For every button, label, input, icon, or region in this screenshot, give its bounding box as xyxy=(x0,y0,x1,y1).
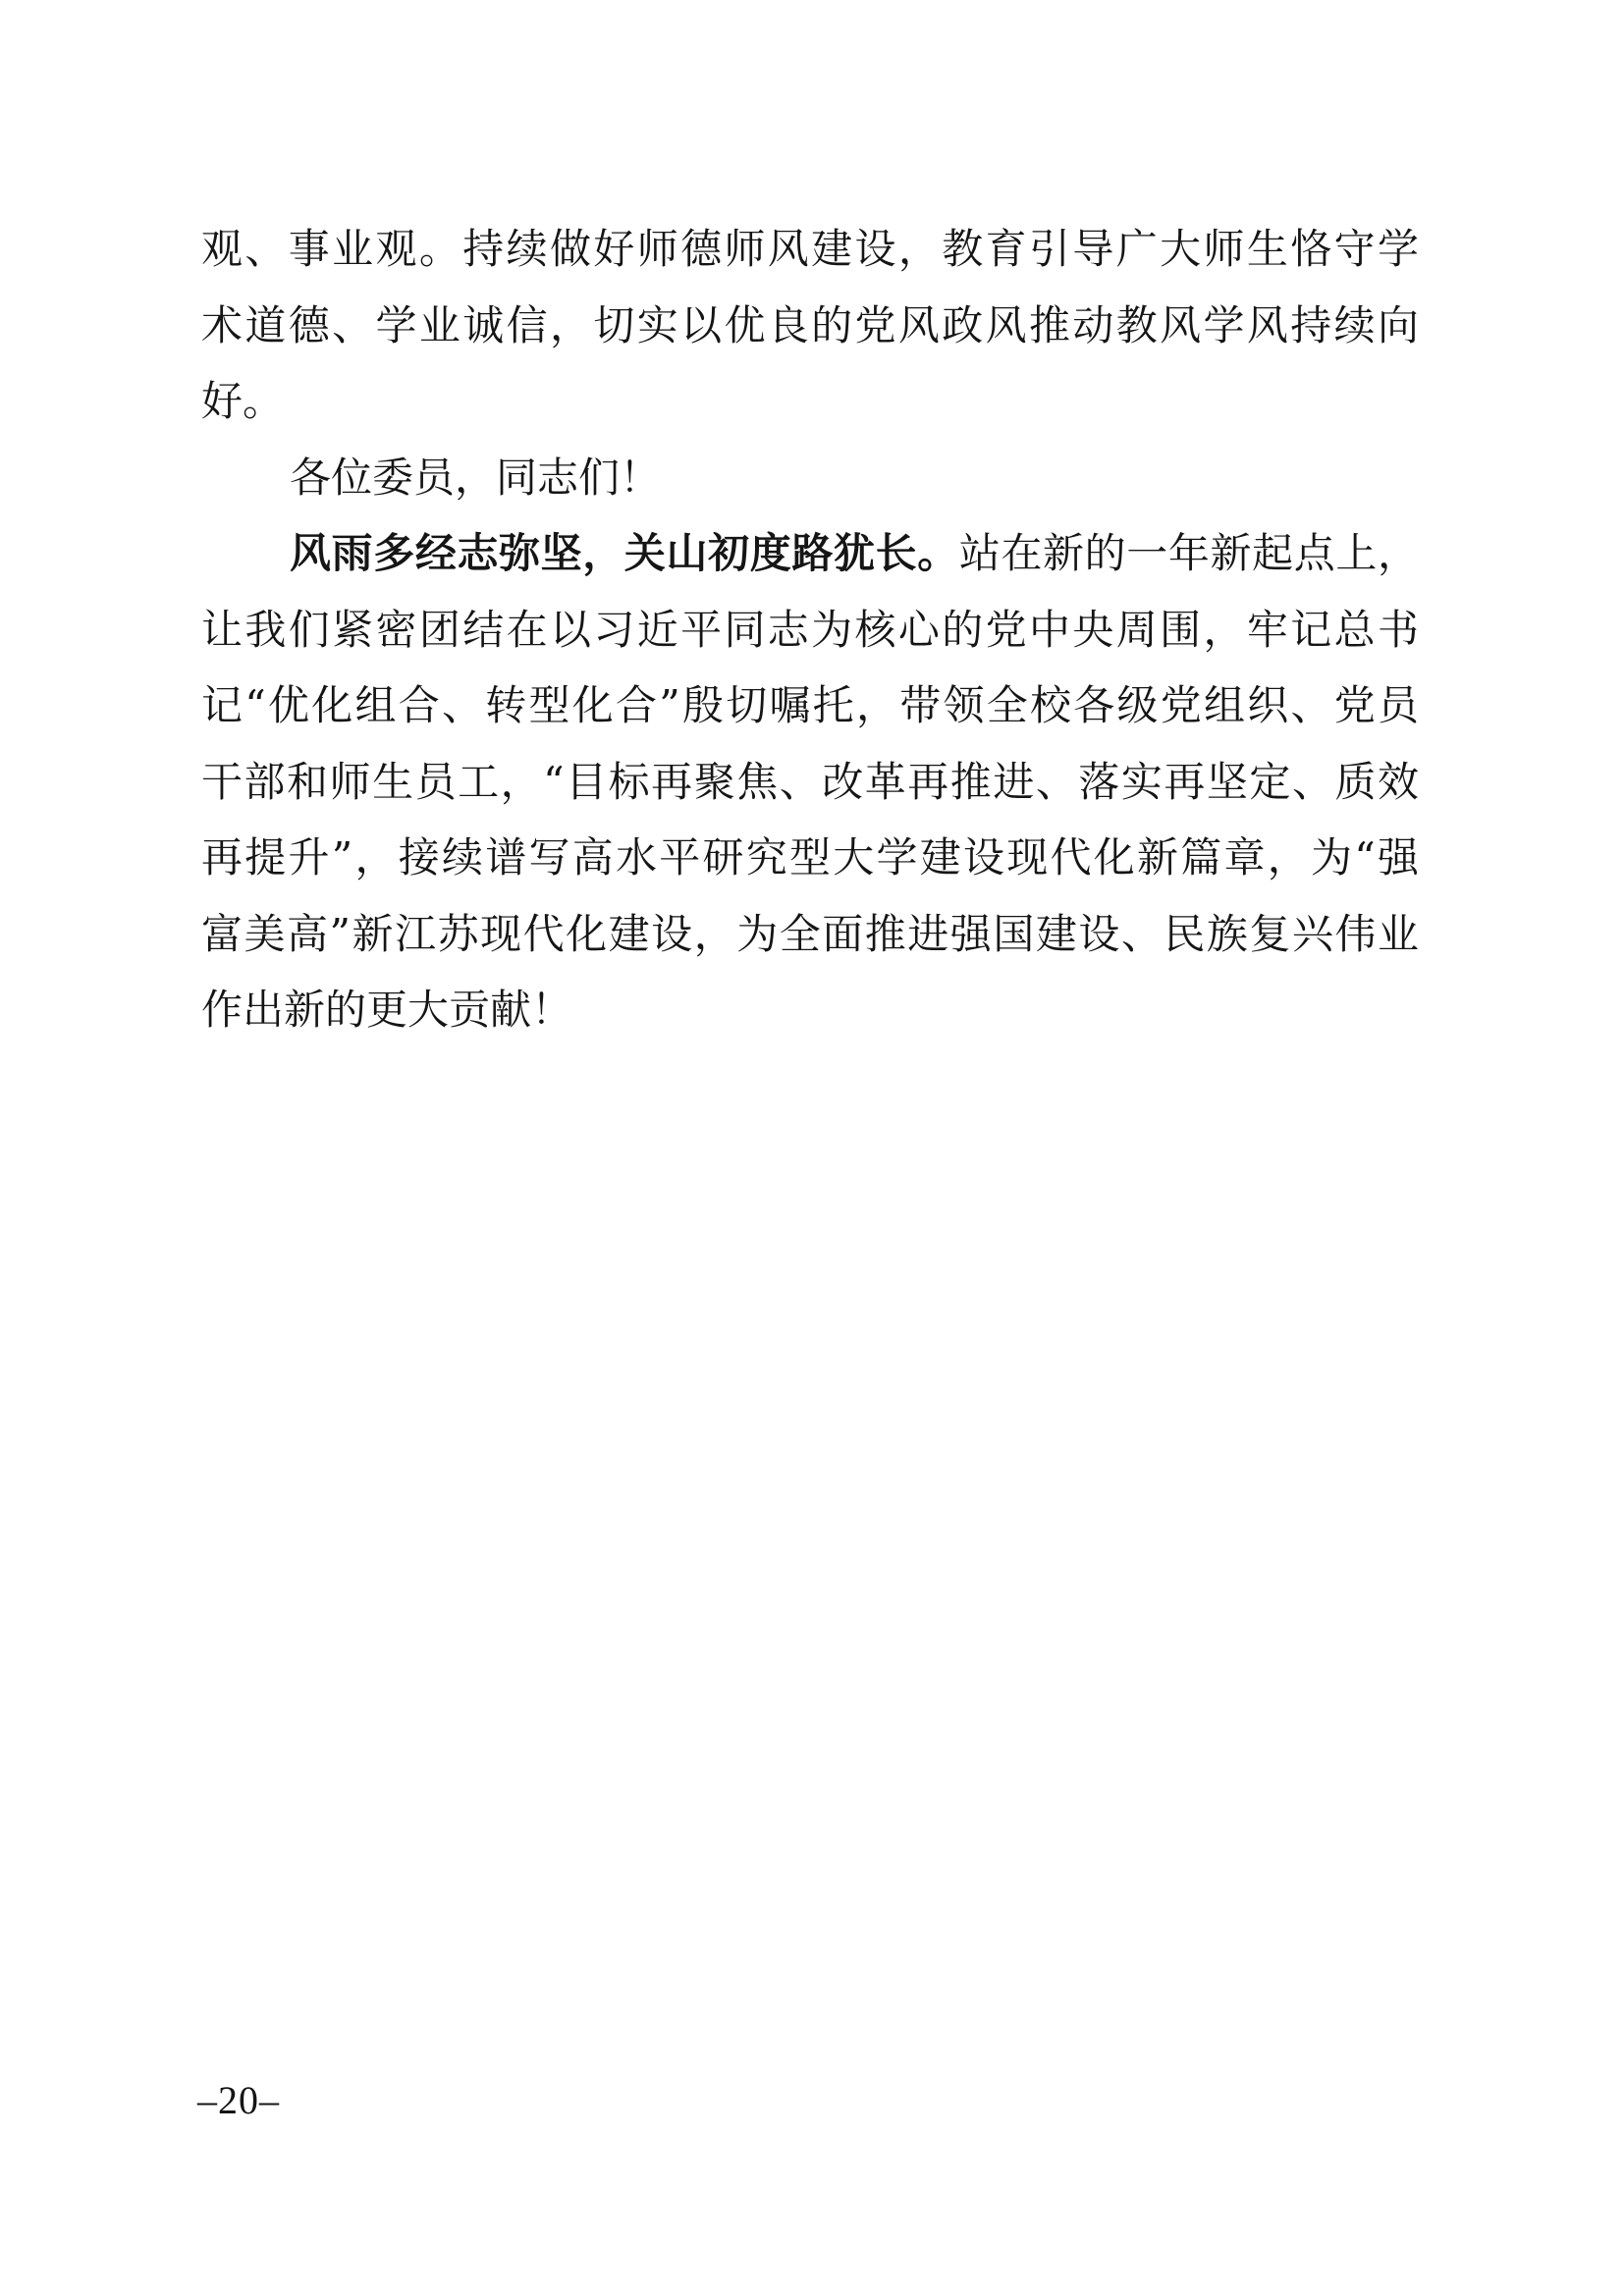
text-line: 风雨多经志弥坚，关山初度路犹长。站在新的一年新起点上， xyxy=(201,515,1419,592)
text-segment: 干部和师生员工，“目标再聚焦、改革再推进、落实再坚定、质效 xyxy=(201,758,1419,806)
page-number: –20– xyxy=(197,2079,280,2122)
text-line: 富美高”新江苏现代化建设，为全面推进强国建设、民族复兴伟业 xyxy=(201,896,1419,973)
text-segment: 术道德、学业诚信，切实以优良的党风政风推动教风学风持续向 xyxy=(201,301,1419,349)
document-page: 观、事业观。持续做好师德师风建设，教育引导广大师生恪守学术道德、学业诚信，切实以… xyxy=(0,0,1624,2296)
text-line: 术道德、学业诚信，切实以优良的党风政风推动教风学风持续向 xyxy=(201,288,1419,364)
text-line: 观、事业观。持续做好师德师风建设，教育引导广大师生恪守学 xyxy=(201,211,1419,288)
text-line: 再提升”，接续谱写高水平研究型大学建设现代化新篇章，为“强 xyxy=(201,820,1419,896)
text-line: 好。 xyxy=(201,363,1419,440)
text-line: 记“优化组合、转型化合”殷切嘱托，带领全校各级党组织、党员 xyxy=(201,667,1419,744)
text-segment: 观、事业观。持续做好师德师风建设，教育引导广大师生恪守学 xyxy=(201,225,1419,273)
text-line: 干部和师生员工，“目标再聚焦、改革再推进、落实再坚定、质效 xyxy=(201,744,1419,821)
text-segment: 各位委员，同志们！ xyxy=(290,454,661,502)
text-line: 作出新的更大贡献！ xyxy=(201,972,1419,1048)
text-segment: 富美高”新江苏现代化建设，为全面推进强国建设、民族复兴伟业 xyxy=(201,910,1419,958)
text-segment: 站在新的一年新起点上， xyxy=(959,529,1419,577)
document-text-block: 观、事业观。持续做好师德师风建设，教育引导广大师生恪守学术道德、学业诚信，切实以… xyxy=(201,211,1419,1048)
text-segment: 好。 xyxy=(201,377,284,425)
text-segment: 再提升”，接续谱写高水平研究型大学建设现代化新篇章，为“强 xyxy=(201,833,1419,881)
text-segment: 记“优化组合、转型化合”殷切嘱托，带领全校各级党组织、党员 xyxy=(201,681,1419,729)
text-line: 各位委员，同志们！ xyxy=(201,440,1419,516)
text-line: 让我们紧密团结在以习近平同志为核心的党中央周围，牢记总书 xyxy=(201,592,1419,668)
bold-text-segment: 风雨多经志弥坚，关山初度路犹长。 xyxy=(290,529,959,577)
text-segment: 让我们紧密团结在以习近平同志为核心的党中央周围，牢记总书 xyxy=(201,606,1419,654)
text-segment: 作出新的更大贡献！ xyxy=(201,986,572,1034)
